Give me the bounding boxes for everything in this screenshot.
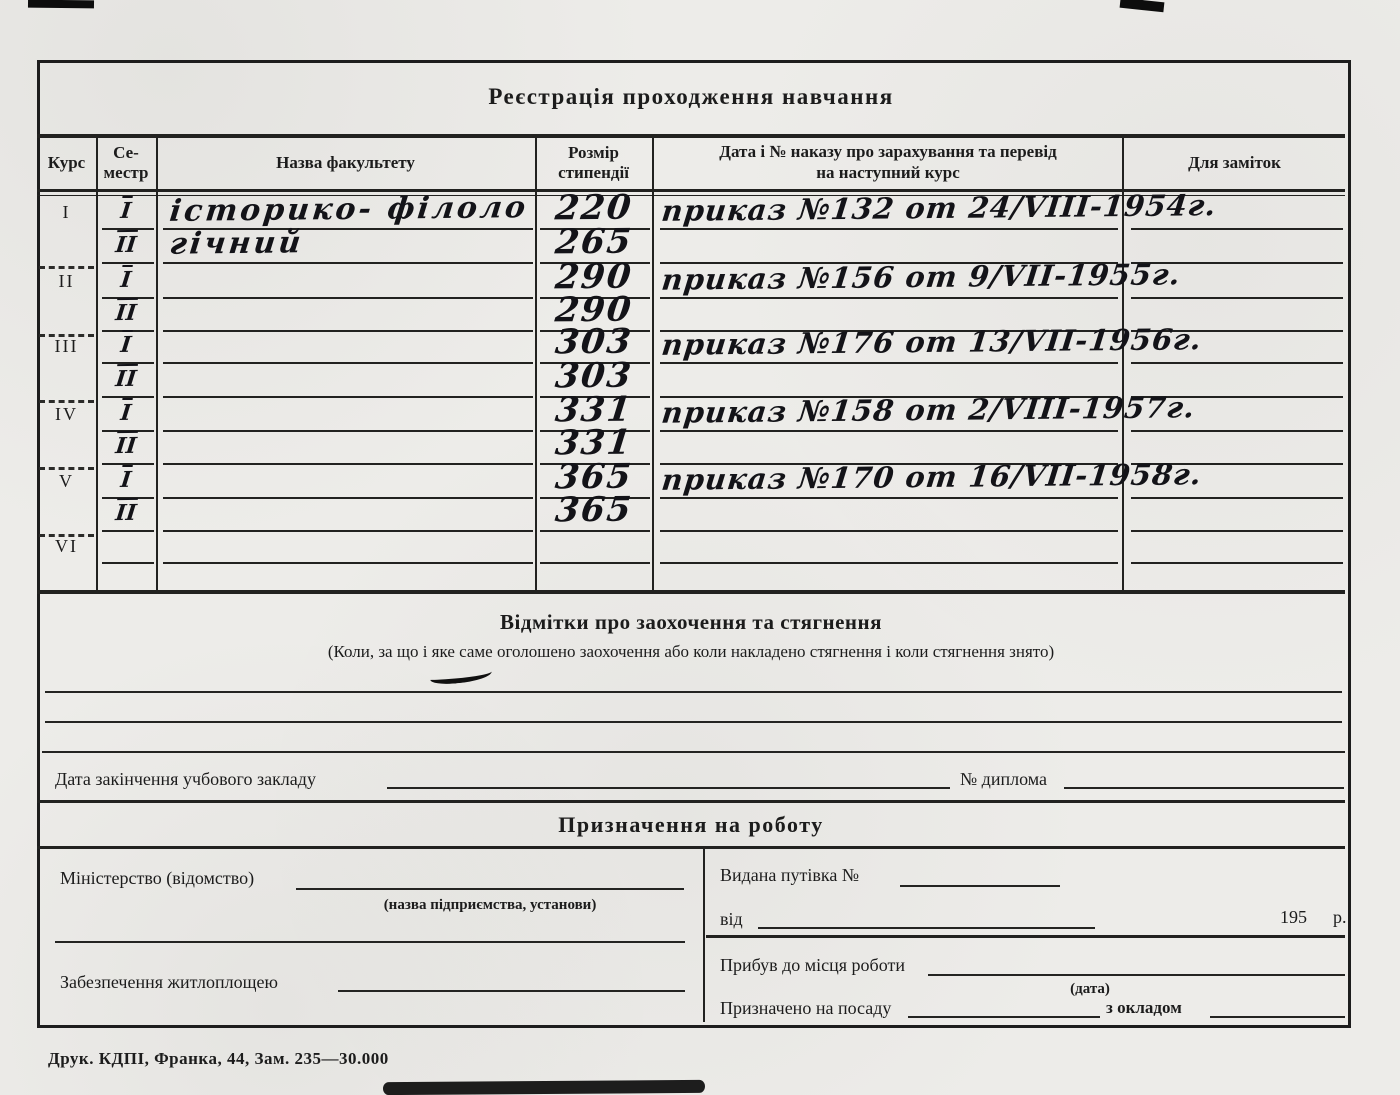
diploma-number-line — [1064, 787, 1344, 789]
ruled-line — [102, 297, 154, 299]
stipend-entry: 303 — [536, 324, 652, 359]
order-entry: приказ №132 от 24/VIII-1954г. — [660, 191, 1218, 226]
ruled-line — [163, 530, 533, 532]
remarks-blank-line — [45, 691, 1342, 693]
course-cell: II — [37, 271, 96, 292]
ruled-line — [163, 562, 533, 564]
ruled-line — [163, 362, 533, 364]
arrived-line — [928, 974, 1345, 976]
stipend-entry: 331 — [536, 425, 652, 460]
order-entry: приказ №156 от 9/VII-1955г. — [660, 260, 1182, 294]
ruled-line — [163, 430, 533, 432]
voucher-label: Видана путівка № — [720, 865, 859, 886]
ruled-line — [102, 497, 154, 499]
semester-mark: II — [97, 435, 156, 458]
ruled-line — [660, 530, 1118, 532]
ministry-hint: (назва підприємства, установи) — [300, 897, 680, 914]
semester-mark: I — [97, 200, 156, 223]
ruled-line — [163, 262, 533, 264]
stipend-entry: 265 — [536, 224, 652, 259]
course-separator-dash — [39, 467, 94, 470]
semester-mark: II — [97, 234, 156, 257]
faculty-entry: історико- філоло — [168, 193, 530, 227]
ruled-line — [1131, 497, 1343, 499]
col-header-order-line1: Дата і № наказу про зарахування та перев… — [654, 142, 1122, 162]
scan-artifact-top-left — [28, 0, 94, 8]
ruled-line — [1131, 562, 1343, 564]
ruled-line — [660, 430, 1118, 432]
order-entry: приказ №158 от 2/VIII-1957г. — [660, 393, 1197, 428]
course-cell: I — [37, 202, 96, 223]
ruled-line — [163, 297, 533, 299]
course-cell: IV — [37, 404, 96, 425]
col-header-order-line2: на наступний курс — [654, 163, 1122, 183]
table-bottom-rule — [37, 590, 1345, 594]
faculty-entry: гічний — [168, 228, 305, 259]
ruled-line — [1131, 430, 1343, 432]
form-title: Реєстрація проходження навчання — [37, 84, 1345, 110]
order-entry: приказ №176 от 13/VII-1956г. — [660, 325, 1203, 360]
voucher-line — [900, 885, 1060, 887]
graduation-date-label: Дата закінчення учбового закладу — [55, 769, 316, 790]
ruled-line — [102, 430, 154, 432]
semester-mark: I — [97, 334, 156, 357]
ruled-line — [1131, 362, 1343, 364]
ruled-line — [102, 262, 154, 264]
semester-mark: II — [97, 302, 156, 325]
ministry-line — [296, 888, 684, 890]
course-cell: VI — [37, 536, 96, 557]
assignment-column-divider — [703, 849, 705, 1022]
ruled-line — [102, 562, 154, 564]
course-cell: III — [37, 336, 96, 357]
ruled-line — [1131, 228, 1343, 230]
ruled-line — [102, 463, 154, 465]
ruled-line — [660, 228, 1118, 230]
semester-mark: I — [97, 269, 156, 292]
year-label: 195 — [1280, 907, 1307, 928]
date-hint: (дата) — [1030, 981, 1150, 998]
ruled-line — [163, 463, 533, 465]
table-vline-stipend — [652, 134, 654, 592]
col-header-semester-line2: местр — [96, 163, 156, 183]
scan-artifact-top-right — [1120, 0, 1165, 12]
salary-label: з окладом — [1106, 998, 1182, 1018]
graduation-bottom-rule — [37, 800, 1345, 803]
remarks-title: Відмітки про заохочення та стягнення — [37, 610, 1345, 634]
position-label: Призначено на посаду — [720, 998, 891, 1019]
ruled-line — [102, 228, 154, 230]
course-separator-dash — [39, 400, 94, 403]
ruled-line — [660, 562, 1118, 564]
ruled-line — [163, 497, 533, 499]
col-header-notes: Для заміток — [1124, 153, 1345, 173]
from-label: від — [720, 909, 743, 930]
semester-mark: II — [97, 502, 156, 525]
ruled-line — [102, 396, 154, 398]
salary-line — [1210, 1016, 1345, 1018]
scanned-registration-form: Реєстрація проходження навчання Курс Се-… — [0, 0, 1400, 1095]
col-header-course: Курс — [37, 153, 96, 173]
housing-label: Забезпечення житлоплощею — [60, 972, 278, 993]
printer-imprint: Друк. КДПІ, Франка, 44, Зам. 235—30.000 — [48, 1049, 389, 1069]
arrived-label: Прибув до місця роботи — [720, 955, 905, 976]
stipend-entry: 303 — [536, 358, 652, 393]
col-header-semester-line1: Се- — [96, 143, 156, 163]
col-header-faculty: Назва факультету — [156, 153, 535, 173]
remarks-subtitle: (Коли, за що і яке саме оголошено заохоч… — [37, 642, 1345, 662]
ruled-line — [163, 330, 533, 332]
graduation-date-line — [387, 787, 950, 789]
from-line — [758, 927, 1095, 929]
stipend-entry: 365 — [536, 492, 652, 527]
scan-artifact-bottom-smudge — [383, 1080, 705, 1095]
col-header-stipend-line1: Розмір — [535, 143, 652, 163]
ministry-label: Міністерство (відомство) — [60, 868, 254, 889]
ruled-line — [163, 396, 533, 398]
voucher-section-rule — [706, 935, 1345, 938]
semester-mark: II — [97, 368, 156, 391]
remarks-blank-line — [45, 721, 1342, 723]
semester-mark: I — [97, 402, 156, 425]
table-top-rule — [37, 134, 1345, 138]
assignment-title-rule — [37, 846, 1345, 849]
year-suffix: р. — [1333, 907, 1347, 928]
ruled-line — [1131, 297, 1343, 299]
table-vline-semester — [156, 134, 158, 592]
ruled-line — [660, 362, 1118, 364]
course-cell: V — [37, 471, 96, 492]
ruled-line — [660, 497, 1118, 499]
semester-mark: I — [97, 469, 156, 492]
remarks-blank-line — [42, 751, 1345, 753]
left-blank-line — [55, 941, 685, 943]
ruled-line — [102, 530, 154, 532]
housing-line — [338, 990, 685, 992]
ruled-line — [1131, 530, 1343, 532]
col-header-stipend-line2: стипендії — [535, 163, 652, 183]
diploma-number-label: № диплома — [960, 769, 1047, 790]
position-line — [908, 1016, 1100, 1018]
order-entry: приказ №170 от 16/VII-1958г. — [660, 460, 1203, 495]
ruled-line — [102, 362, 154, 364]
stipend-entry: 220 — [536, 190, 652, 225]
ruled-line — [660, 297, 1118, 299]
assignment-title: Призначення на роботу — [37, 812, 1345, 837]
course-separator-dash — [39, 266, 94, 269]
ruled-line — [540, 562, 650, 564]
